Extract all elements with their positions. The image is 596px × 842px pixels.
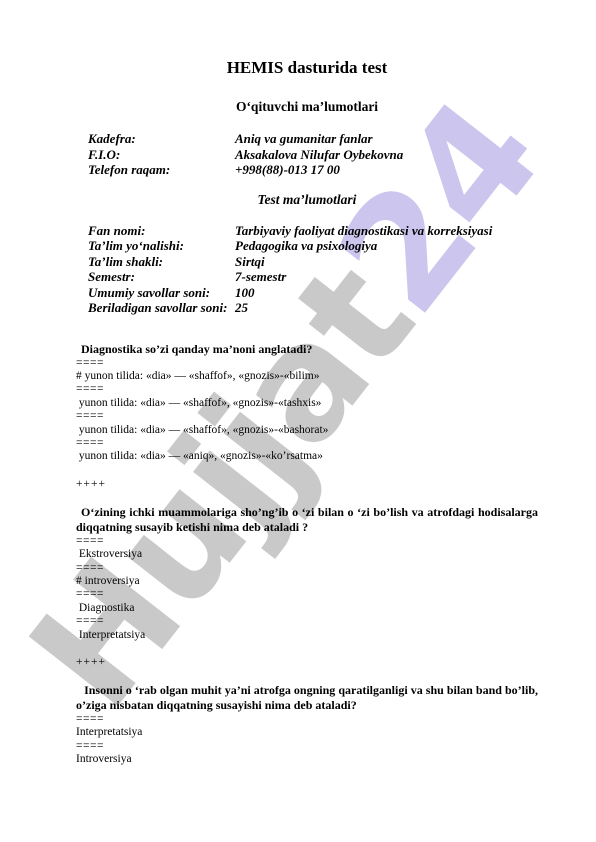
test-section-heading: Test ma’lumotlari: [76, 192, 538, 207]
info-value: 25: [235, 300, 538, 316]
question-text: Insonni o ‘rab olgan muhit ya’ni atrofga…: [76, 683, 538, 713]
answer-option: # yunon tilida: «dia» — «shaffof», «gnoz…: [76, 370, 538, 383]
answer-separator: ====: [76, 740, 538, 753]
info-value: Pedagogika va psixologiya: [235, 238, 538, 254]
info-value: Aniq va gumanitar fanlar: [235, 131, 538, 147]
answer-separator: ====: [76, 535, 538, 548]
teacher-info-table: Kadefra: Aniq va gumanitar fanlar F.I.O:…: [76, 131, 538, 178]
answer-option: yunon tilida: «dia» — «aniq», «gnozis»-«…: [76, 450, 538, 463]
document-title: HEMIS dasturida test: [76, 58, 538, 77]
info-label: Ta’lim shakli:: [76, 254, 235, 270]
info-label: F.I.O:: [76, 147, 235, 163]
info-label: Ta’lim yo‘nalishi:: [76, 238, 235, 254]
question-separator: ++++: [76, 477, 538, 491]
answer-separator: ====: [76, 562, 538, 575]
answer-separator: ====: [76, 383, 538, 396]
document-content: HEMIS dasturida test O‘qituvchi ma’lumot…: [0, 0, 596, 767]
answer-option: Ekstroversiya: [76, 548, 538, 561]
info-label: Beriladigan savollar soni:: [76, 300, 235, 316]
question-separator: ++++: [76, 655, 538, 669]
info-row-shakli: Ta’lim shakli: Sirtqi: [76, 254, 538, 270]
info-label: Kadefra:: [76, 131, 235, 147]
info-value: 100: [235, 285, 538, 301]
info-value: Aksakalova Nilufar Oybekovna: [235, 147, 538, 163]
info-value: Sirtqi: [235, 254, 538, 270]
answer-option: yunon tilida: «dia» — «shaffof», «gnozis…: [76, 424, 538, 437]
document-page: Hujjat24 HEMIS dasturida test O‘qituvchi…: [0, 0, 596, 842]
answer-option: # introversiya: [76, 575, 538, 588]
answer-separator: ====: [76, 357, 538, 370]
info-label: Semestr:: [76, 269, 235, 285]
info-value: +998(88)-013 17 00: [235, 162, 538, 178]
info-label: Umumiy savollar soni:: [76, 285, 235, 301]
answer-separator: ====: [76, 713, 538, 726]
answer-separator: ====: [76, 588, 538, 601]
info-row-kadefra: Kadefra: Aniq va gumanitar fanlar: [76, 131, 538, 147]
answer-separator: ====: [76, 437, 538, 450]
question-block: Diagnostika so’zi qanday ma’noni anglata…: [76, 342, 538, 491]
info-row-telefon: Telefon raqam: +998(88)-013 17 00: [76, 162, 538, 178]
info-label: Fan nomi:: [76, 223, 235, 239]
answer-option: Introversiya: [76, 753, 538, 766]
info-row-semestr: Semestr: 7-semestr: [76, 269, 538, 285]
question-text: Diagnostika so’zi qanday ma’noni anglata…: [76, 342, 538, 357]
answer-separator: ====: [76, 615, 538, 628]
info-row-fan-nomi: Fan nomi: Tarbiyaviy faoliyat diagnostik…: [76, 223, 538, 239]
info-row-umumiy-savollar: Umumiy savollar soni: 100: [76, 285, 538, 301]
info-value: Tarbiyaviy faoliyat diagnostikasi va kor…: [235, 223, 538, 239]
info-row-beriladigan-savollar: Beriladigan savollar soni: 25: [76, 300, 538, 316]
question-block: Insonni o ‘rab olgan muhit ya’ni atrofga…: [76, 683, 538, 767]
info-row-yonalishi: Ta’lim yo‘nalishi: Pedagogika va psixolo…: [76, 238, 538, 254]
answer-option: Interpretatsiya: [76, 629, 538, 642]
question-block: O‘zining ichki muammolariga sho’ng’ib o …: [76, 505, 538, 669]
info-row-fio: F.I.O: Aksakalova Nilufar Oybekovna: [76, 147, 538, 163]
answer-option: Interpretatsiya: [76, 726, 538, 739]
teacher-section-heading: O‘qituvchi ma’lumotlari: [76, 99, 538, 114]
test-info-table: Fan nomi: Tarbiyaviy faoliyat diagnostik…: [76, 223, 538, 316]
answer-separator: ====: [76, 410, 538, 423]
info-label: Telefon raqam:: [76, 162, 235, 178]
answer-option: Diagnostika: [76, 602, 538, 615]
answer-option: yunon tilida: «dia» — «shaffof», «gnozis…: [76, 397, 538, 410]
info-value: 7-semestr: [235, 269, 538, 285]
question-text: O‘zining ichki muammolariga sho’ng’ib o …: [76, 505, 538, 535]
